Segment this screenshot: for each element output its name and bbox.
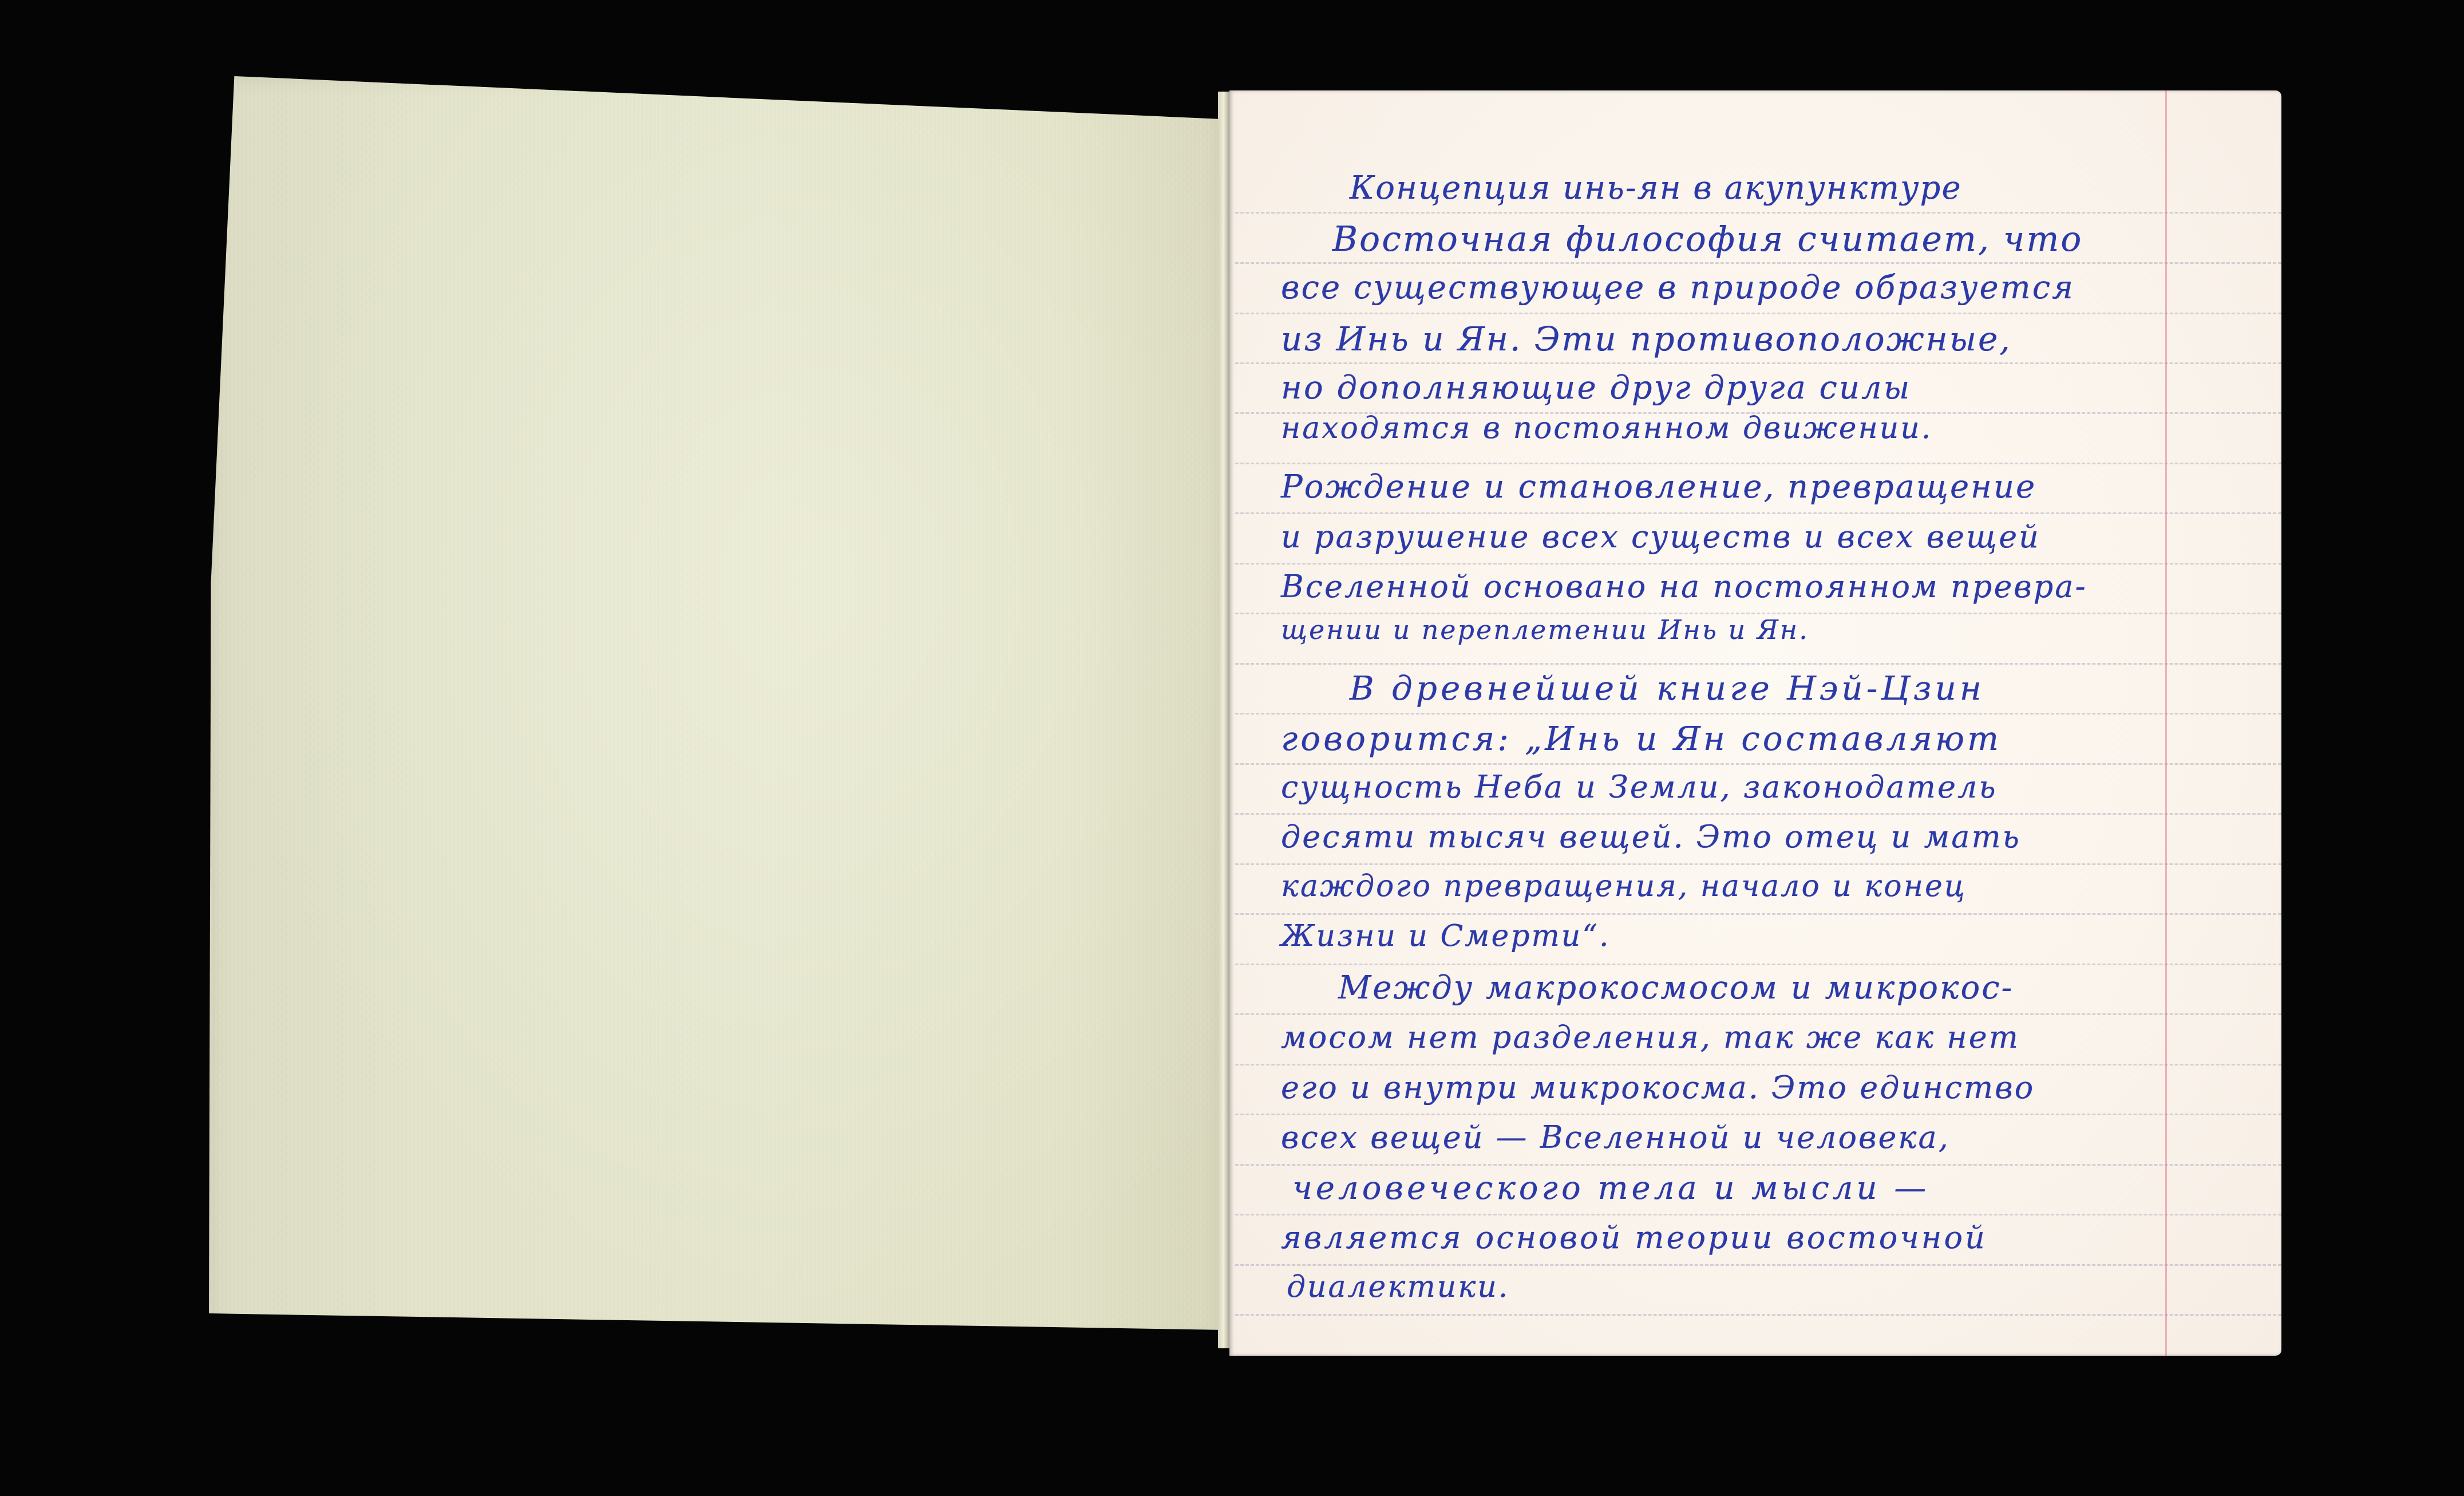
ruled-line: [1235, 563, 2281, 565]
handwritten-line: мосом нет разделения, так же как нет: [1281, 1019, 2020, 1055]
ruled-line: [1235, 663, 2281, 665]
ruled-line: [1235, 863, 2281, 865]
ruled-line: [1235, 1264, 2281, 1266]
red-margin-line: [2165, 90, 2167, 1356]
handwritten-line: диалектики.: [1287, 1270, 1509, 1304]
handwritten-line: но дополняющие друг друга силы: [1281, 369, 1911, 406]
ruled-line: [1235, 362, 2281, 364]
paper-texture: [209, 76, 1225, 1343]
ruled-line: [1235, 1064, 2281, 1065]
left-page-blank: [209, 76, 1225, 1343]
handwritten-line: находятся в постоянном движении.: [1281, 411, 1932, 445]
ruled-line: [1235, 212, 2281, 214]
handwritten-line: из Инь и Ян. Эти противоположные,: [1281, 319, 2012, 358]
right-page-handwritten: Концепция инь-ян в акупунктуре Восточная…: [1229, 90, 2281, 1356]
ruled-line: [1235, 763, 2281, 765]
handwritten-line: все существующее в природе образуется: [1281, 269, 2075, 306]
binding-gutter: [1218, 92, 1231, 1348]
handwritten-line: сущность Неба и Земли, законодатель: [1281, 769, 1998, 805]
ruled-line: [1235, 964, 2281, 965]
handwritten-title: Концепция инь-ян в акупунктуре: [1350, 169, 1962, 207]
handwritten-line: всех вещей — Вселенной и человека,: [1281, 1119, 1950, 1155]
handwritten-line: десяти тысяч вещей. Это отец и мать: [1281, 819, 2021, 855]
handwritten-line: Между макрокосмосом и микрокос-: [1338, 969, 2014, 1006]
ruled-line: [1235, 813, 2281, 815]
ruled-line: [1235, 913, 2281, 915]
handwritten-line: его и внутри микрокосма. Это единство: [1281, 1069, 2035, 1106]
ruled-line: [1235, 463, 2281, 464]
ruled-line: [1235, 713, 2281, 715]
ruled-line: [1235, 512, 2281, 514]
handwritten-line: говорится: „Инь и Ян составляют: [1281, 719, 2002, 758]
handwritten-line: В древнейшей книге Нэй-Цзин: [1350, 669, 1985, 708]
handwritten-line: каждого превращения, начало и конец: [1281, 869, 1967, 903]
ruled-line: [1235, 313, 2281, 314]
handwritten-line: человеческого тела и мысли —: [1292, 1170, 1929, 1207]
handwritten-line: щении и переплетении Инь и Ян.: [1281, 614, 1809, 645]
notebook-spread: Концепция инь-ян в акупунктуре Восточная…: [0, 0, 2464, 1496]
handwritten-line: Рождение и становление, превращение: [1281, 468, 2036, 506]
handwritten-line: Жизни и Смерти“.: [1281, 919, 1610, 953]
handwritten-line: и разрушение всех существ и всех вещей: [1281, 519, 2040, 555]
ruled-line: [1235, 1114, 2281, 1115]
handwritten-line: Вселенной основано на постоянном превра-: [1281, 569, 2087, 605]
handwritten-line: Восточная философия считает, что: [1332, 219, 2083, 259]
ruled-line: [1235, 1314, 2281, 1316]
ruled-line: [1235, 1164, 2281, 1166]
handwritten-line: является основой теории восточной: [1281, 1219, 1987, 1256]
ruled-line: [1235, 1214, 2281, 1215]
ruled-line: [1235, 262, 2281, 264]
ruled-line: [1235, 1013, 2281, 1015]
